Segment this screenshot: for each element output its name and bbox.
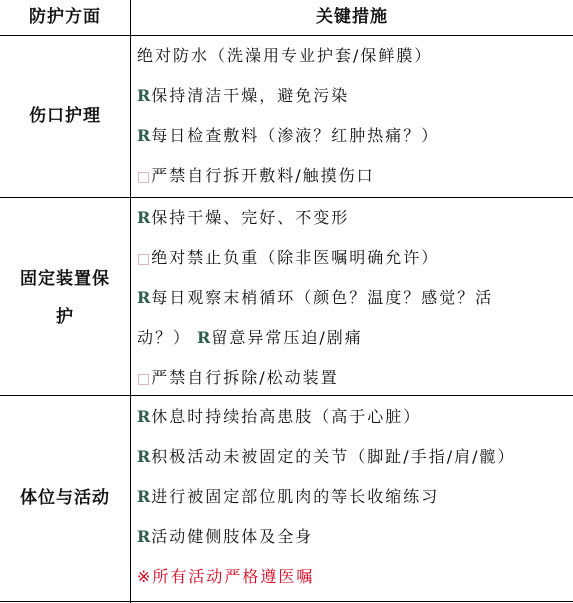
aspect-line: 护 (0, 299, 130, 339)
measure-text: 动？） (137, 328, 191, 347)
aspect-line: 固定装置保 (0, 259, 130, 299)
measure-item: R休息时持续抬高患肢（高于心脏） (137, 397, 567, 437)
prohibit-box-icon: □ (137, 157, 150, 197)
measures-posture-activity: R休息时持续抬高患肢（高于心脏） R积极活动未被固定的关节（脚趾/手指/肩/髋）… (137, 397, 567, 597)
prohibit-box-icon: □ (137, 359, 150, 399)
measure-item: R活动健侧肢体及全身 (137, 517, 567, 557)
check-icon: R (137, 278, 150, 318)
measure-item: R每日检查敷料（渗液？红肿热痛？） (137, 116, 567, 156)
table-bottom-border (0, 601, 573, 602)
aspect-posture-activity: 体位与活动 (0, 478, 130, 518)
measure-item: □严禁自行拆开敷料/触摸伤口 (137, 156, 567, 196)
measure-text: 保持干燥、完好、不变形 (151, 208, 349, 227)
measure-item: R保持干燥、完好、不变形 (137, 198, 567, 238)
measure-item: 绝对防水（洗澡用专业护套/保鲜膜） (137, 36, 567, 76)
check-icon: R (137, 397, 150, 437)
check-icon: R (137, 116, 150, 156)
measure-text: 所有活动严格遵医嘱 (152, 567, 314, 586)
measures-fixation-device: R保持干燥、完好、不变形 □绝对禁止负重（除非医嘱明确允许） R每日观察末梢循环… (137, 198, 567, 398)
measure-text: 严禁自行拆开敷料/触摸伤口 (151, 166, 374, 185)
measures-wound-care: 绝对防水（洗澡用专业护套/保鲜膜） R保持清洁干燥，避免污染 R每日检查敷料（渗… (137, 36, 567, 196)
warning-note: ※所有活动严格遵医嘱 (137, 557, 567, 597)
header-key-measures: 关键措施 (131, 0, 573, 35)
measure-item: R每日观察末梢循环（颜色？温度？感觉？活 (137, 278, 567, 318)
check-icon: R (137, 437, 150, 477)
check-icon: R (137, 477, 150, 517)
aspect-fixation-device: 固定装置保 护 (0, 259, 130, 339)
column-divider (130, 0, 131, 603)
measure-text: 留意异常压迫/剧痛 (211, 328, 362, 347)
measure-text: 休息时持续抬高患肢（高于心脏） (151, 407, 421, 426)
measure-item: 动？）R留意异常压迫/剧痛 (137, 318, 567, 358)
measure-item: R进行被固定部位肌肉的等长收缩练习 (137, 477, 567, 517)
check-icon: R (137, 76, 150, 116)
prohibit-box-icon: □ (137, 239, 150, 279)
measure-item: □严禁自行拆除/松动装置 (137, 358, 567, 398)
measure-text: 积极活动未被固定的关节（脚趾/手指/肩/髋） (151, 447, 515, 466)
header-aspect: 防护方面 (0, 0, 130, 35)
measure-text: 每日检查敷料（渗液？红肿热痛？） (151, 126, 439, 145)
measure-text: 保持清洁干燥，避免污染 (151, 86, 349, 105)
check-icon: R (137, 198, 150, 238)
reference-mark-icon: ※ (137, 567, 152, 586)
measure-text: 绝对防水（洗澡用专业护套/保鲜膜） (137, 46, 432, 65)
measure-text: 活动健侧肢体及全身 (151, 527, 313, 546)
measure-item: R保持清洁干燥，避免污染 (137, 76, 567, 116)
measure-text: 绝对禁止负重（除非医嘱明确允许） (151, 248, 439, 267)
measure-item: □绝对禁止负重（除非医嘱明确允许） (137, 238, 567, 278)
measure-item: R积极活动未被固定的关节（脚趾/手指/肩/髋） (137, 437, 567, 477)
measure-text: 每日观察末梢循环（颜色？温度？感觉？活 (151, 288, 493, 307)
measure-text: 进行被固定部位肌肉的等长收缩练习 (151, 487, 439, 506)
check-icon: R (137, 517, 150, 557)
aspect-wound-care: 伤口护理 (0, 96, 130, 136)
check-icon: R (197, 318, 210, 358)
measure-text: 严禁自行拆除/松动装置 (151, 368, 338, 387)
